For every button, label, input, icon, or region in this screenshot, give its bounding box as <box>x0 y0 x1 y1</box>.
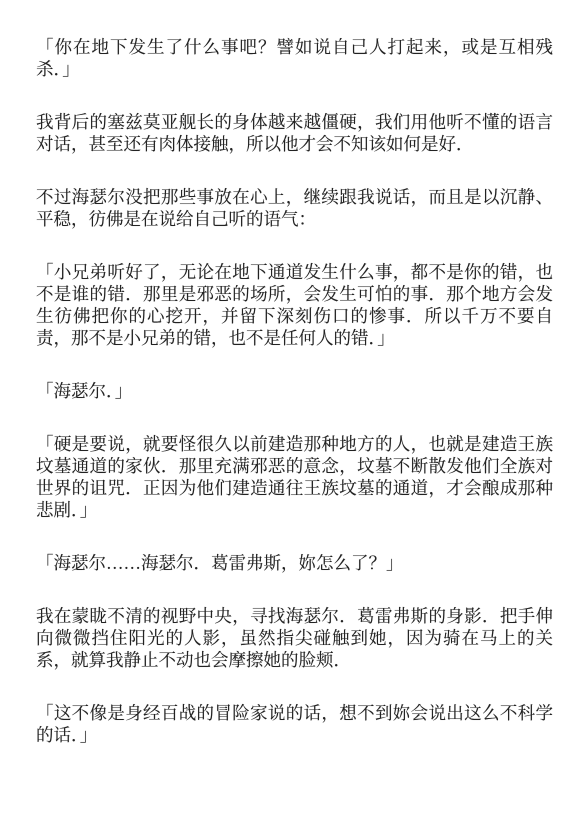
document-page: 「你在地下发生了什么事吧？譬如说自己人打起来，或是互相残杀．」 我背后的塞兹莫亚… <box>0 0 583 828</box>
text-paragraph: 「海瑟尔．」 <box>36 380 553 402</box>
text-paragraph: 「小兄弟听好了，无论在地下通道发生什么事，都不是你的错，也不是谁的错．那里是邪恶… <box>36 261 553 349</box>
text-paragraph: 我背后的塞兹莫亚舰长的身体越来越僵硬，我们用他听不懂的语言对话，甚至还有肉体接触… <box>36 111 553 155</box>
text-paragraph: 「硬是要说，就要怪很久以前建造那种地方的人，也就是建造王族坟墓通道的家伙．那里充… <box>36 433 553 521</box>
text-paragraph: 「海瑟尔……海瑟尔．葛雷弗斯，妳怎么了？」 <box>36 552 553 574</box>
text-paragraph: 我在蒙眬不清的视野中央，寻找海瑟尔．葛雷弗斯的身影．把手伸向微微挡住阳光的人影，… <box>36 605 553 671</box>
text-paragraph: 「你在地下发生了什么事吧？譬如说自己人打起来，或是互相残杀．」 <box>36 36 553 80</box>
text-paragraph: 不过海瑟尔没把那些事放在心上，继续跟我说话，而且是以沉静、平稳，彷佛是在说给自己… <box>36 186 553 230</box>
text-paragraph: 「这不像是身经百战的冒险家说的话，想不到妳会说出这么不科学的话．」 <box>36 702 553 746</box>
